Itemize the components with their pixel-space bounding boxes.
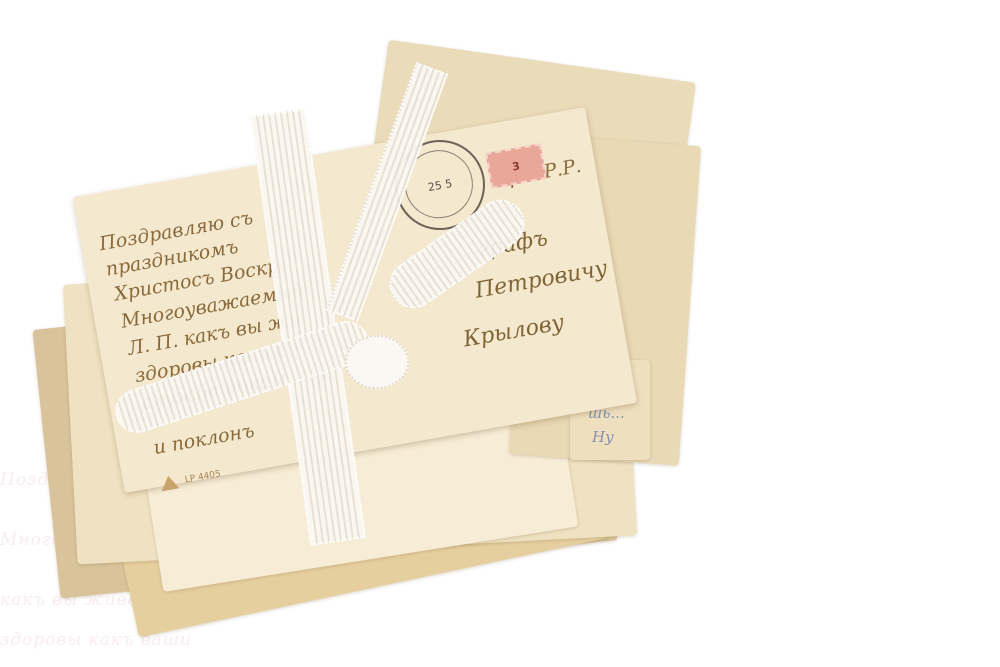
address-line: Крылову xyxy=(461,310,566,352)
stamp-value: 3 xyxy=(511,159,521,173)
ghost-text: здоровы какъ ваши xyxy=(0,630,520,648)
handwriting-line: и поклонъ xyxy=(152,420,256,459)
address-line: Петровичу xyxy=(473,256,609,304)
side-note-line: Ну xyxy=(592,428,614,446)
logo-mark: LP xyxy=(184,474,196,486)
logo-number: 4405 xyxy=(197,469,221,483)
lace-knot xyxy=(345,335,409,389)
